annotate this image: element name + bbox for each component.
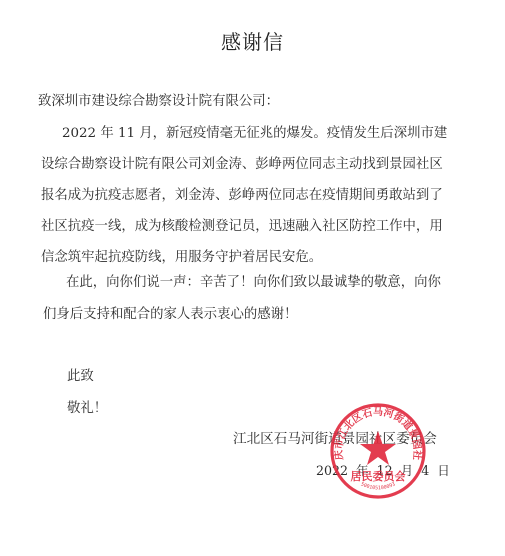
closing-line-2: 敬礼！ bbox=[67, 397, 107, 416]
paragraph-line: 设综合勘察设计院有限公司刘金涛、彭峥两位同志主动找到景园社区 bbox=[41, 153, 443, 172]
star-icon bbox=[360, 431, 396, 465]
letter-title: 感谢信 bbox=[0, 26, 505, 55]
paragraph-line: 在此，向你们说一声：辛苦了！向你们致以最诚挚的敬意，向你 bbox=[66, 271, 441, 290]
salutation: 致深圳市建设综合勘察设计院有限公司： bbox=[38, 90, 279, 109]
seal-center-text: 居民委员会 bbox=[351, 469, 406, 483]
paragraph-line: 们身后支持和配合的家人表示衷心的感谢！ bbox=[43, 303, 297, 322]
paragraph-line: 报名成为抗疫志愿者，刘金涛、彭峥两位同志在疫情期间勇敢站到了 bbox=[41, 184, 443, 203]
paragraph-line: 社区抗疫一线，成为核酸检测登记员，迅速融入社区防控工作中，用 bbox=[41, 215, 443, 234]
paragraph-line: 信念筑牢起抗疫防线，用服务守护着居民安危。 bbox=[41, 246, 322, 265]
paragraph-line: 2022 年 11 月，新冠疫情毫无征兆的爆发。疫情发生后深圳市建 bbox=[62, 122, 447, 141]
closing-line-1: 此致 bbox=[67, 365, 94, 384]
official-seal-stamp: 重庆市江北区石马河街道景园社区 居民委员会 500105100093 bbox=[328, 401, 428, 501]
